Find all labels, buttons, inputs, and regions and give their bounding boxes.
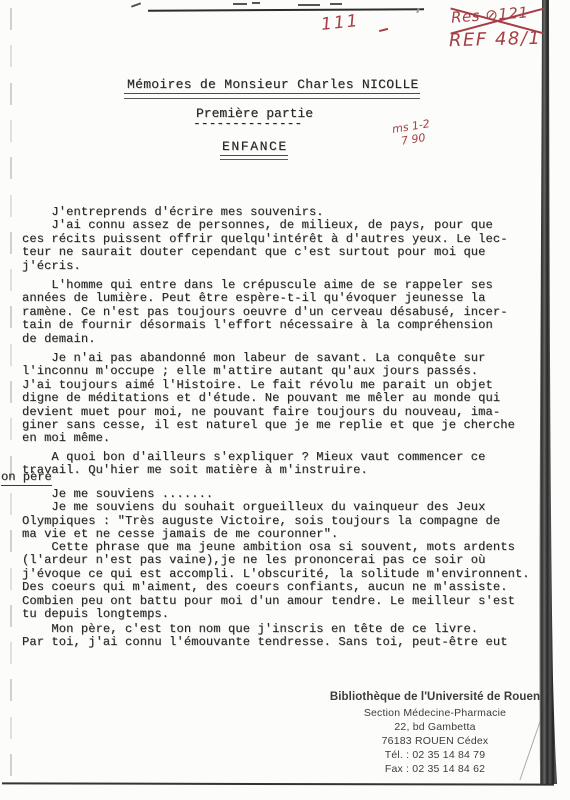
library-stamp: Bibliothèque de l'Université de Rouen Se… [325,690,545,776]
chapter-heading: ENFANCE [222,139,288,154]
document-title: Mémoires de Monsieur Charles NICOLLE [127,77,419,92]
margin-note-mon-pere: on père [1,470,52,486]
handwritten-page-number: 111 [320,11,360,35]
binding-hole-mark [10,8,27,30]
scan-top-edge-line [148,8,424,11]
body-paragraph: J'entreprends d'écrire mes souvenirs. J'… [22,206,508,273]
scan-tick-mark [416,8,419,13]
body-paragraph: Je me souviens ....... Je me souviens du… [22,488,500,542]
stamp-line: Bibliothèque de l'Université de Rouen [325,690,545,704]
scanned-document-page: 111 Res ⊘121 REF 48/1 ms 1-27 90 Mémoire… [0,0,570,800]
scan-artifact-dash [330,3,342,5]
binding-hole-mark [10,157,27,179]
handwritten-ref-number: REF 48/1 [449,28,542,51]
binding-hole-mark [10,679,27,701]
binding-hole-mark [10,754,27,776]
scan-artifact-dash [233,3,247,5]
handwritten-dash-mark [379,28,388,32]
scan-artifact-dash [252,2,260,4]
handwritten-ms-note: ms 1-27 90 [391,117,433,149]
body-paragraph: Mon père, c'est ton nom que j'inscris en… [22,623,508,650]
binding-hole-mark [10,717,27,739]
scan-bottom-edge-line [2,782,554,786]
body-paragraph: L'homme qui entre dans le crépuscule aim… [22,279,508,346]
binding-hole-mark [10,45,27,67]
binding-hole-mark [10,120,27,142]
stamp-line: Tél. : 02 35 14 84 79 [325,748,545,762]
stamp-line: Fax : 02 35 14 84 62 [325,762,545,776]
stamp-line: Section Médecine-Pharmacie [325,706,545,720]
body-paragraph: Cette phrase que ma jeune ambition osa s… [22,541,530,621]
body-paragraph: Je n'ai pas abandonné mon labeur de sava… [22,352,515,446]
book-edge-shadow [532,0,558,790]
stamp-line: 76183 ROUEN Cédex [325,734,545,748]
part-underline: -------------- [193,116,302,131]
scan-artifact-dash [131,2,141,7]
scan-artifact-dash [298,4,320,6]
chapter-underline [220,155,288,160]
stamp-line: 22, bd Gambetta [325,720,545,734]
title-underline [124,93,420,99]
binding-hole-mark [10,83,27,105]
body-paragraph: A quoi bon d'ailleurs s'expliquer ? Mieu… [22,451,486,478]
